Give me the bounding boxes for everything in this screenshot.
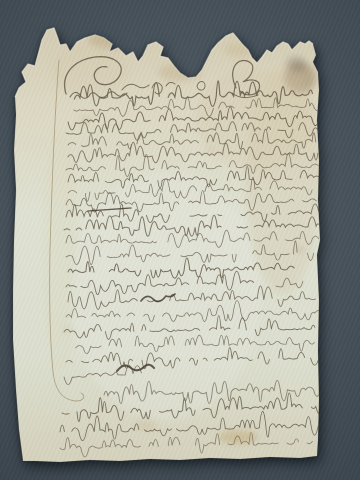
stain-blotch — [205, 147, 215, 153]
manuscript-svg — [0, 0, 360, 480]
manuscript-photo — [0, 0, 360, 480]
stain-blotch — [158, 63, 202, 81]
stain-blotch — [70, 170, 260, 420]
stain-blotch — [42, 130, 78, 370]
stain-blotch — [224, 43, 256, 57]
stain-blotch — [50, 44, 130, 96]
stain-blotch — [218, 430, 258, 444]
